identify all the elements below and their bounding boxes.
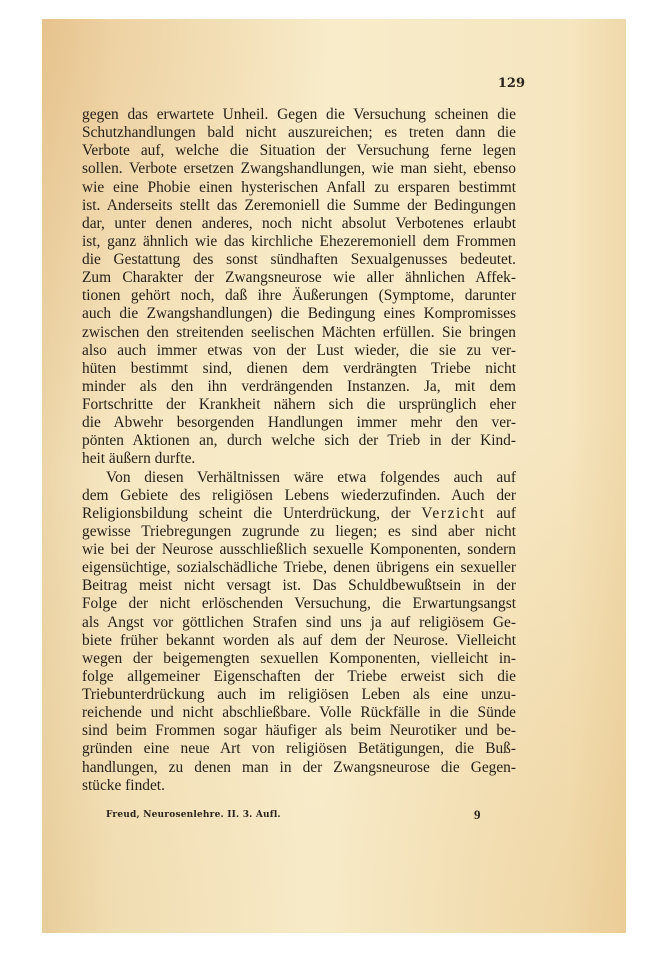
footer-signature: Freud, Neurosenlehre. II. 3. Aufl.: [106, 810, 281, 820]
text-line: ist. Anderseits stellt das Zeremoniell d…: [82, 197, 516, 215]
text-line: handlungen, zu denen man in der Zwangsne…: [82, 759, 516, 777]
text-line: dar, unter denen anderes, noch nicht abs…: [82, 215, 516, 233]
text-line: Triebunterdrückung auch im religiösen Le…: [82, 686, 516, 704]
text-line: hüten bestimmt sind, dienen dem verdräng…: [82, 360, 516, 378]
body-text: gegen das erwartete Unheil. Gegen die Ve…: [82, 106, 516, 795]
footer-sheet-number: 9: [474, 807, 481, 823]
text-line: wegen der beigemengten sexuellen Kompone…: [82, 650, 516, 668]
emphasized-word: Verzicht: [421, 505, 485, 522]
text-line: wie eine Phobie einen hysterischen Anfal…: [82, 179, 516, 197]
text-line: Beitrag meist nicht versagt ist. Das Sch…: [82, 577, 516, 595]
text-line: dem Gebiete des religiösen Lebens wieder…: [82, 487, 516, 505]
text-line: gewisse Triebregungen zugrunde zu liegen…: [82, 523, 516, 541]
text-line-paragraph-end: heit äußern durfte.: [82, 450, 516, 468]
text-line: also auch immer etwas von der Lust wiede…: [82, 342, 516, 360]
text-line: Verbote auf, welche die Situation der Ve…: [82, 142, 516, 160]
text-line-paragraph-start: Von diesen Verhältnissen wäre etwa folge…: [82, 469, 516, 487]
text-line: Folge der nicht erlöschenden Versuchung,…: [82, 595, 516, 613]
text-line: die Gestattung des sonst sündhaften Sexu…: [82, 251, 516, 269]
text-line: biete früher bekannt worden als auf dem …: [82, 632, 516, 650]
text-line: als Angst vor göttlichen Strafen sind un…: [82, 614, 516, 632]
text-line: auch die Zwangshandlungen) die Bedingung…: [82, 305, 516, 323]
text-line: folge allgemeiner Eigenschaften der Trie…: [82, 668, 516, 686]
text-line: Schutzhandlungen bald nicht auszureichen…: [82, 124, 516, 142]
text-line: wie bei der Neurose ausschließlich sexue…: [82, 541, 516, 559]
text-line-paragraph-end: stücke findet.: [82, 777, 516, 795]
text-line: minder als den ihn verdrängenden Instanz…: [82, 378, 516, 396]
text-line: ist, ganz ähnlich wie das kirchliche Ehe…: [82, 233, 516, 251]
text-line: gegen das erwartete Unheil. Gegen die Ve…: [82, 106, 516, 124]
text-line: pönten Aktionen an, durch welche sich de…: [82, 432, 516, 450]
text-line: reichende und nicht abschließbare. Volle…: [82, 704, 516, 722]
text-line: Fortschritte der Krankheit nähern sich d…: [82, 396, 516, 414]
text-line: Zum Charakter der Zwangsneurose wie alle…: [82, 269, 516, 287]
text-line: sollen. Verbote ersetzen Zwangshandlunge…: [82, 160, 516, 178]
text-line: Religionsbildung scheint die Unterdrücku…: [82, 505, 516, 523]
text-line: sind beim Frommen sogar häufiger als bei…: [82, 722, 516, 740]
text-line: die Abwehr besorgenden Handlungen immer …: [82, 414, 516, 432]
text-line: zwischen den streitenden seelischen Mäch…: [82, 324, 516, 342]
text-fragment: auf: [485, 505, 516, 522]
text-line: gründen eine neue Art von religiösen Bet…: [82, 740, 516, 758]
page-number: 129: [485, 76, 525, 91]
text-line: eigensüchtige, sozialschädliche Triebe, …: [82, 559, 516, 577]
text-line: tionen gehört noch, daß ihre Äußerungen …: [82, 287, 516, 305]
text-fragment: Religionsbildung scheint die Unterdrücku…: [82, 505, 421, 522]
